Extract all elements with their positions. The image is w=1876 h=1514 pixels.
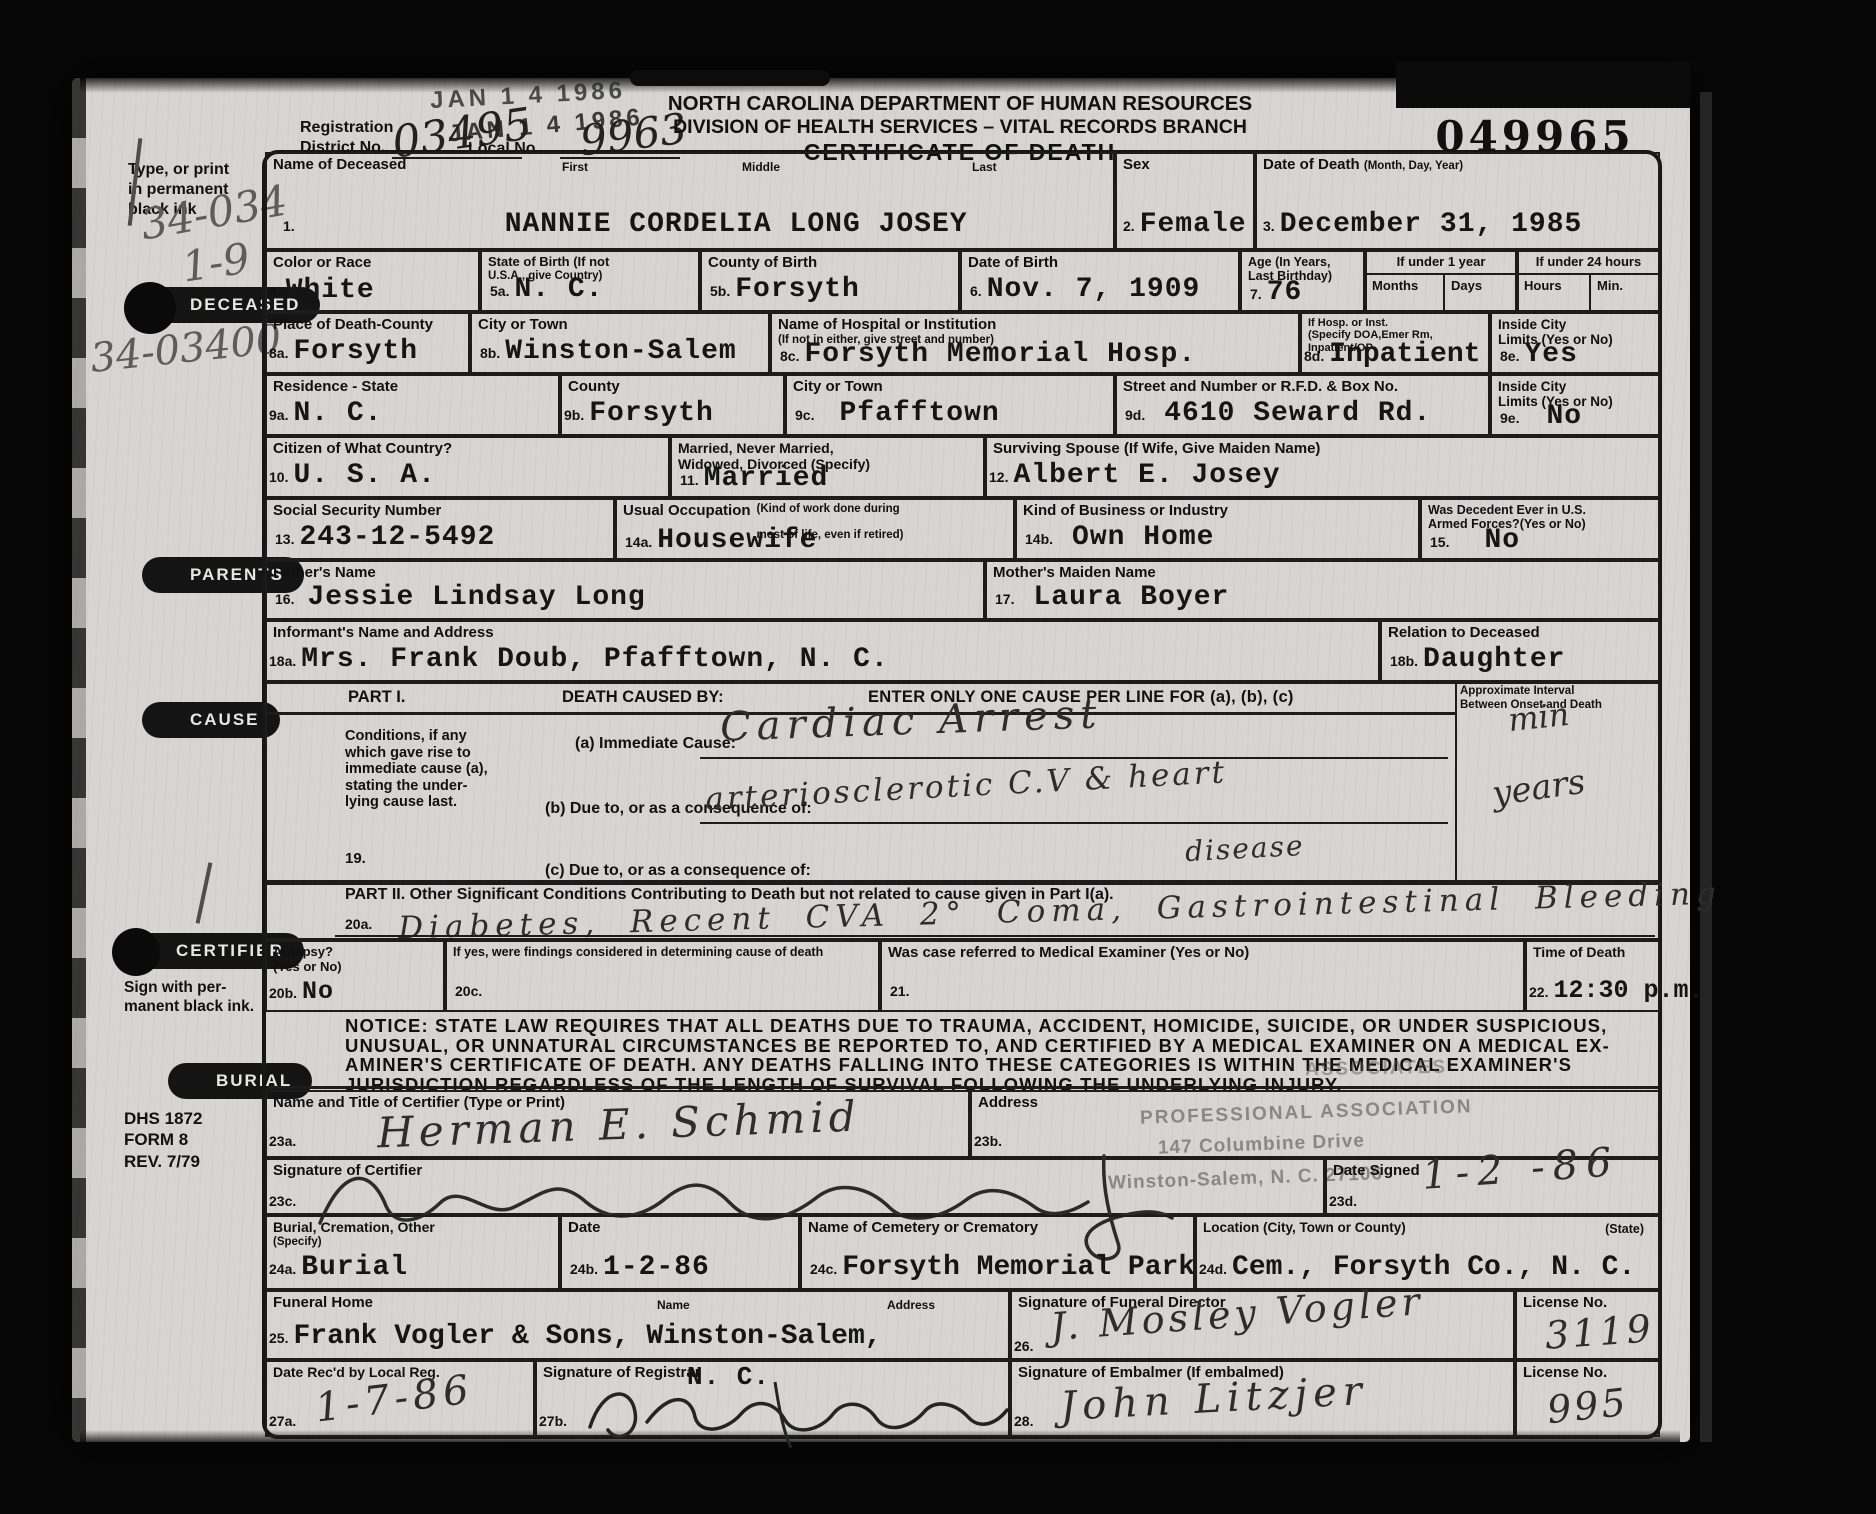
field-label: County — [562, 376, 783, 399]
field-label: Relation to Deceased — [1382, 622, 1658, 645]
field-label: License No. — [1517, 1362, 1658, 1385]
sign-note: Sign with per- manent black ink. — [124, 978, 254, 1017]
field-label: Kind of Business or Industry — [1017, 500, 1418, 523]
field-value: Married — [704, 463, 829, 494]
field-label: If under 1 year — [1367, 252, 1515, 275]
item-number: 9d. — [1125, 407, 1145, 423]
immediate-cause-label: (a) Immediate Cause: — [575, 735, 736, 753]
field-mother-maiden-name: Mother's Maiden Name 17.Laura Boyer — [985, 560, 1660, 620]
item-number: 27b. — [539, 1413, 567, 1429]
item-number: 2. — [1123, 218, 1135, 234]
due-to-c-label: (c) Due to, or as a consequence of: — [545, 862, 811, 880]
field-inside-city-limits-death: Inside CityLimits (Yes or No) 8e.Yes — [1490, 312, 1660, 374]
field-sex: Sex 2.Female — [1115, 152, 1255, 250]
field-value: Female — [1140, 209, 1247, 240]
field-county-of-birth: County of Birth 5b.Forsyth — [700, 250, 960, 312]
field-informant: Informant's Name and Address 18a.Mrs. Fr… — [265, 620, 1380, 682]
pencil-number-b: 1-9 — [179, 234, 253, 292]
field-medical-examiner-referred: Was case referred to Medical Examiner (Y… — [880, 940, 1525, 1012]
paper-left-edge — [72, 78, 86, 1442]
field-marital-status: Married, Never Married,Widowed, Divorced… — [670, 436, 985, 498]
item-number: 24d. — [1199, 1261, 1227, 1277]
item-number: 20c. — [455, 983, 482, 999]
field-value: Own Home — [1072, 522, 1214, 553]
item-number: 1. — [283, 218, 295, 234]
registrar-signature-scrawl — [575, 1372, 1015, 1450]
field-label: City or Town — [787, 376, 1113, 399]
item-number: 8b. — [480, 345, 500, 361]
field-place-of-death-county: Place of Death-County 8a.Forsyth — [265, 312, 470, 374]
item-number: 16. — [275, 591, 294, 607]
physician-stamp-fragment: ASSOCIATES — [1305, 1057, 1447, 1081]
item-number: 8e. — [1500, 348, 1519, 364]
item-number: 3. — [1263, 218, 1275, 234]
field-label: Residence - State — [267, 376, 558, 399]
field-value: No — [302, 977, 334, 1006]
sublabel-months: Months — [1372, 278, 1418, 293]
field-residence-city: City or Town 9c.Pfafftown — [785, 374, 1115, 436]
conditions-note-line: which gave rise to — [345, 745, 488, 762]
due-to-b-line — [700, 822, 1448, 824]
field-funeral-director-license: License No. 3119 — [1515, 1290, 1660, 1360]
item-number: 23d. — [1329, 1193, 1357, 1209]
item-number: 11. — [680, 472, 699, 488]
field-value: 12:30 p.m. — [1553, 976, 1703, 1005]
conditions-note-line: lying cause last. — [345, 794, 488, 811]
field-ssn: Social Security Number 13.243-12-5492 — [265, 498, 615, 560]
field-value: No — [1546, 401, 1582, 432]
field-residence-state: Residence - State 9a.N. C. — [265, 374, 560, 436]
field-value: Jessie Lindsay Long — [307, 582, 645, 613]
field-label: Autopsy?(Yes or No) — [267, 942, 443, 977]
label-line: Age (In Years, — [1248, 255, 1357, 269]
sublabel-address: Address — [887, 1298, 935, 1312]
field-inside-city-limits-residence: Inside CityLimits (Yes or No) 9e.No — [1490, 374, 1660, 436]
item-number: 22. — [1529, 984, 1548, 1000]
sign-note-line: Sign with per- — [124, 978, 254, 997]
label-line: Burial, Cremation, Other — [273, 1220, 552, 1236]
field-place-of-death-city: City or Town 8b.Winston-Salem — [470, 312, 770, 374]
item-number: 23b. — [974, 1133, 1002, 1149]
item-number: 10. — [269, 469, 288, 485]
item-number: 9e. — [1500, 410, 1519, 426]
immediate-cause-line — [700, 757, 1448, 759]
form-id-line: REV. 7/79 — [124, 1151, 202, 1172]
notice-line: NOTICE: STATE LAW REQUIRES THAT ALL DEAT… — [345, 1016, 1610, 1036]
field-citizen-of-country: Citizen of What Country? 10.U. S. A. — [265, 436, 670, 498]
field-value: Albert E. Josey — [1013, 460, 1280, 491]
field-burial-type: Burial, Cremation, Other(Specify) 24a.Bu… — [265, 1215, 560, 1290]
field-date-of-birth: Date of Birth 6.Nov. 7, 1909 — [960, 250, 1240, 312]
field-father-name: Father's Name 16.Jessie Lindsay Long — [265, 560, 985, 620]
form-id-line: DHS 1872 — [124, 1108, 202, 1129]
sublabel-min: Min. — [1597, 278, 1623, 293]
sublabel-hours: Hours — [1524, 278, 1562, 293]
field-value: NANNIE CORDELIA LONG JOSEY — [505, 209, 968, 240]
label-line: Was Decedent Ever in U.S. — [1428, 503, 1652, 517]
sublabel-state: (State) — [1605, 1222, 1644, 1236]
conditions-note-line: Conditions, if any — [345, 728, 488, 745]
field-label: If yes, were findings considered in dete… — [447, 942, 878, 962]
field-label: Date of Death (Month, Day, Year) — [1257, 154, 1658, 177]
part2-underline — [335, 935, 1655, 937]
item-number: 15. — [1430, 534, 1449, 550]
funeral-director-license-value: 3119 — [1544, 1306, 1656, 1357]
field-age: Age (In Years,Last Birthday) 7.76 — [1240, 250, 1365, 312]
field-value: Forsyth — [735, 274, 860, 305]
part1-label: PART I. — [348, 688, 405, 707]
item-number: 9a. — [269, 407, 288, 423]
field-value: White — [286, 275, 375, 306]
sign-note-line: manent black ink. — [124, 997, 254, 1016]
conditions-note-line: stating the under- — [345, 778, 488, 795]
field-label: Was case referred to Medical Examiner (Y… — [882, 942, 1523, 965]
interval-column-divider — [1455, 682, 1457, 882]
item-20a-number: 20a. — [345, 916, 372, 932]
field-value: Mrs. Frank Doub, Pfafftown, N. C. — [301, 644, 889, 675]
item-number: 12. — [989, 469, 1008, 485]
field-label: Sex — [1117, 154, 1253, 177]
field-value: Yes — [1524, 339, 1577, 370]
item-number: 18b. — [1390, 653, 1418, 669]
field-label: Date — [562, 1217, 798, 1240]
sublabel-last: Last — [972, 160, 997, 174]
field-color-or-race: Color or Race 4.White — [265, 250, 480, 312]
hole-punch-icon — [124, 282, 176, 334]
field-hospital: Name of Hospital or Institution(If not i… — [770, 312, 1300, 374]
field-label: Burial, Cremation, Other(Specify) — [267, 1217, 558, 1252]
field-label: Street and Number or R.F.D. & Box No. — [1117, 376, 1488, 399]
form-id: DHS 1872 FORM 8 REV. 7/79 — [124, 1108, 202, 1172]
field-value: Nov. 7, 1909 — [987, 274, 1201, 305]
field-value: N. C. — [293, 398, 382, 429]
field-label: Surviving Spouse (If Wife, Give Maiden N… — [987, 438, 1658, 461]
sublabel-middle: Middle — [742, 160, 780, 174]
label-line: Married, Never Married, — [678, 441, 977, 457]
item-number: 24b. — [570, 1261, 598, 1277]
field-autopsy: Autopsy?(Yes or No) 20b.No — [265, 940, 445, 1012]
embalmer-license-value: 995 — [1545, 1380, 1631, 1432]
item-number: 14a. — [625, 534, 652, 550]
field-date-received: Date Rec'd by Local Reg. 27a. 1-7-86 — [265, 1360, 535, 1437]
hole-punch-icon — [112, 928, 160, 976]
field-business-industry: Kind of Business or Industry 14b.Own Hom… — [1015, 498, 1420, 560]
item-number: 23a. — [269, 1133, 296, 1149]
field-value: Forsyth — [293, 336, 418, 367]
label-sub-line: (Kind of work done during — [757, 503, 904, 516]
item-number: 18a. — [269, 653, 296, 669]
item-number: 14b. — [1025, 531, 1053, 547]
item-number: 5b. — [710, 283, 730, 299]
type-note-line: Type, or print — [128, 160, 229, 180]
field-label: Color or Race — [267, 252, 478, 275]
field-value: Inpatient — [1329, 339, 1480, 370]
field-date-signed: Date Signed 23d. 1-2 -86 — [1325, 1158, 1660, 1215]
cell-divider — [1443, 274, 1445, 310]
notice-bottom-rule — [267, 1086, 1658, 1089]
field-value: Frank Vogler & Sons, Winston-Salem, — [293, 1321, 881, 1352]
item-number: 25. — [269, 1330, 288, 1346]
field-label: City or Town — [472, 314, 768, 337]
scan-streak — [1700, 92, 1712, 1442]
field-label: Name of Cemetery or Crematory — [802, 1217, 1193, 1240]
field-relation-to-deceased: Relation to Deceased 18b.Daughter — [1380, 620, 1660, 682]
section-tab-cause: CAUSE — [142, 702, 280, 738]
field-cemetery-name: Name of Cemetery or Crematory 24c.Forsyt… — [800, 1215, 1195, 1290]
field-residence-street: Street and Number or R.F.D. & Box No. 9d… — [1115, 374, 1490, 436]
field-value: No — [1484, 525, 1520, 556]
field-label: Date of Birth — [962, 252, 1238, 275]
paper-corner-block — [1396, 62, 1690, 108]
item-number: 27a. — [269, 1413, 296, 1429]
item-number: 9c. — [795, 407, 814, 423]
field-value: Laura Boyer — [1033, 582, 1229, 613]
label-line: (Yes or No) — [273, 960, 437, 975]
item-number: 8a. — [269, 345, 288, 361]
label-line: Inside City — [1498, 379, 1652, 394]
sublabel-name: Name — [657, 1298, 690, 1312]
item-number: 23c. — [269, 1193, 296, 1209]
field-value: 243-12-5492 — [299, 522, 495, 553]
immediate-cause-interval: min — [1506, 695, 1571, 739]
item-19-number: 19. — [345, 850, 366, 867]
field-value: 76 — [1267, 277, 1303, 308]
form-id-line: FORM 8 — [124, 1129, 202, 1150]
label-line: (Specify) — [273, 1236, 552, 1249]
field-state-of-birth: State of Birth (If notU.S.A., give Count… — [480, 250, 700, 312]
field-label: Location (City, Town or County) — [1197, 1217, 1658, 1238]
sublabel-days: Days — [1451, 278, 1482, 293]
item-number: 24a. — [269, 1261, 296, 1277]
field-value: Cem., Forsyth Co., N. C. — [1232, 1252, 1635, 1283]
item-number: 17. — [995, 591, 1014, 607]
field-funeral-director-signature: Signature of Funeral Director 26. J. Mos… — [1010, 1290, 1515, 1360]
field-label: Social Security Number — [267, 500, 613, 523]
field-if-under-1-year: If under 1 year Months Days — [1365, 250, 1517, 312]
field-label: Time of Death — [1527, 942, 1658, 964]
label-line: Autopsy? — [273, 945, 437, 960]
field-value: N. C. — [514, 274, 603, 305]
field-value: Winston-Salem — [505, 336, 736, 367]
item-number: 6. — [970, 283, 982, 299]
conditions-note: Conditions, if any which gave rise to im… — [345, 728, 488, 811]
notice-line: UNUSUAL, OR UNNATURAL CIRCUMSTANCES BE R… — [345, 1036, 1610, 1056]
item-number: 7. — [1250, 286, 1262, 302]
field-hospital-status: If Hosp. or Inst.(Specify DOA,Emer Rm,In… — [1300, 312, 1490, 374]
label-line: Inside City — [1498, 317, 1652, 332]
item-number: 9b. — [564, 407, 584, 423]
item-number: 28. — [1014, 1413, 1033, 1429]
part1-caused-by-label: DEATH CAUSED BY: — [562, 688, 724, 707]
field-value: U. S. A. — [293, 460, 435, 491]
field-label: County of Birth — [702, 252, 958, 275]
field-funeral-home: Funeral Home Name Address 25.Frank Vogle… — [265, 1290, 1010, 1360]
field-value: Daughter — [1423, 644, 1565, 675]
label-text: Date of Death — [1263, 156, 1360, 173]
label-line: State of Birth (If not — [488, 255, 692, 270]
field-label: Place of Death-County — [267, 314, 468, 337]
field-value: 4610 Seward Rd. — [1164, 398, 1431, 429]
field-usual-occupation: Usual Occupation(Kind of work done durin… — [615, 498, 1015, 560]
item-number: 8c. — [780, 348, 799, 364]
label-line: If Hosp. or Inst. — [1308, 317, 1482, 329]
field-value: Housewife — [657, 525, 817, 556]
field-embalmer-signature: Signature of Embalmer (If embalmed) 28. … — [1010, 1360, 1515, 1437]
item-number: 5a. — [490, 283, 509, 299]
due-to-b-value-2: disease — [1184, 829, 1305, 868]
tab-label: CAUSE — [190, 710, 260, 729]
registration-label-line: Registration — [300, 118, 393, 138]
field-label: If under 24 hours — [1519, 252, 1658, 275]
funeral-director-signature-value: J. Mosley Vogler — [1049, 1279, 1425, 1349]
paper-top-smudge — [630, 70, 830, 86]
field-value: 1-2-86 — [603, 1252, 710, 1283]
field-label: Citizen of What Country? — [267, 438, 668, 461]
field-surviving-spouse: Surviving Spouse (If Wife, Give Maiden N… — [985, 436, 1660, 498]
sublabel-first: First — [562, 160, 588, 174]
item-number: 13. — [275, 531, 294, 547]
item-number: 20b. — [269, 985, 297, 1001]
field-value: December 31, 1985 — [1280, 209, 1583, 240]
field-label: Address — [972, 1092, 1658, 1115]
field-value: Pfafftown — [839, 398, 999, 429]
field-residence-county: County 9b.Forsyth — [560, 374, 785, 436]
field-burial-date: Date 24b.1-2-86 — [560, 1215, 800, 1290]
field-date-of-death: Date of Death (Month, Day, Year) 3.Decem… — [1255, 152, 1660, 250]
field-name-of-deceased: Name of Deceased First Middle Last 1.NAN… — [265, 152, 1115, 250]
item-number: 4. — [269, 284, 281, 300]
field-value: Forsyth — [589, 398, 714, 429]
interval-label-line: Approximate Interval — [1460, 685, 1602, 699]
label-sub: (Month, Day, Year) — [1364, 160, 1463, 172]
field-value: Forsyth Memorial Hosp. — [804, 339, 1196, 370]
medical-examiner-notice: NOTICE: STATE LAW REQUIRES THAT ALL DEAT… — [345, 1016, 1610, 1094]
cell-divider — [1589, 274, 1591, 310]
conditions-note-line: immediate cause (a), — [345, 761, 488, 778]
field-label: Informant's Name and Address — [267, 622, 1378, 645]
field-value: Forsyth Memorial Park — [842, 1252, 1195, 1283]
item-number: 26. — [1014, 1338, 1033, 1354]
field-embalmer-license: License No. 995 — [1515, 1360, 1660, 1437]
field-armed-forces: Was Decedent Ever in U.S.Armed Forces?(Y… — [1420, 498, 1660, 560]
agency-line-1: NORTH CAROLINA DEPARTMENT OF HUMAN RESOU… — [545, 92, 1375, 116]
item-number: 8d. — [1304, 348, 1324, 364]
field-if-under-24-hours: If under 24 hours Hours Min. — [1517, 250, 1660, 312]
item-number: 21. — [890, 983, 909, 999]
item-number: 24c. — [810, 1261, 837, 1277]
field-autopsy-findings: If yes, were findings considered in dete… — [445, 940, 880, 1012]
field-value: Burial — [301, 1252, 408, 1283]
scanned-death-certificate: { "certificate_number": "049965", "heade… — [0, 0, 1876, 1514]
field-cemetery-location: Location (City, Town or County) (State) … — [1195, 1215, 1660, 1290]
field-time-of-death: Time of Death 22.12:30 p.m. — [1525, 940, 1660, 1012]
label-line: Name of Hospital or Institution — [778, 317, 1292, 334]
agency-line-2: DIVISION OF HEALTH SERVICES – VITAL RECO… — [545, 116, 1375, 139]
